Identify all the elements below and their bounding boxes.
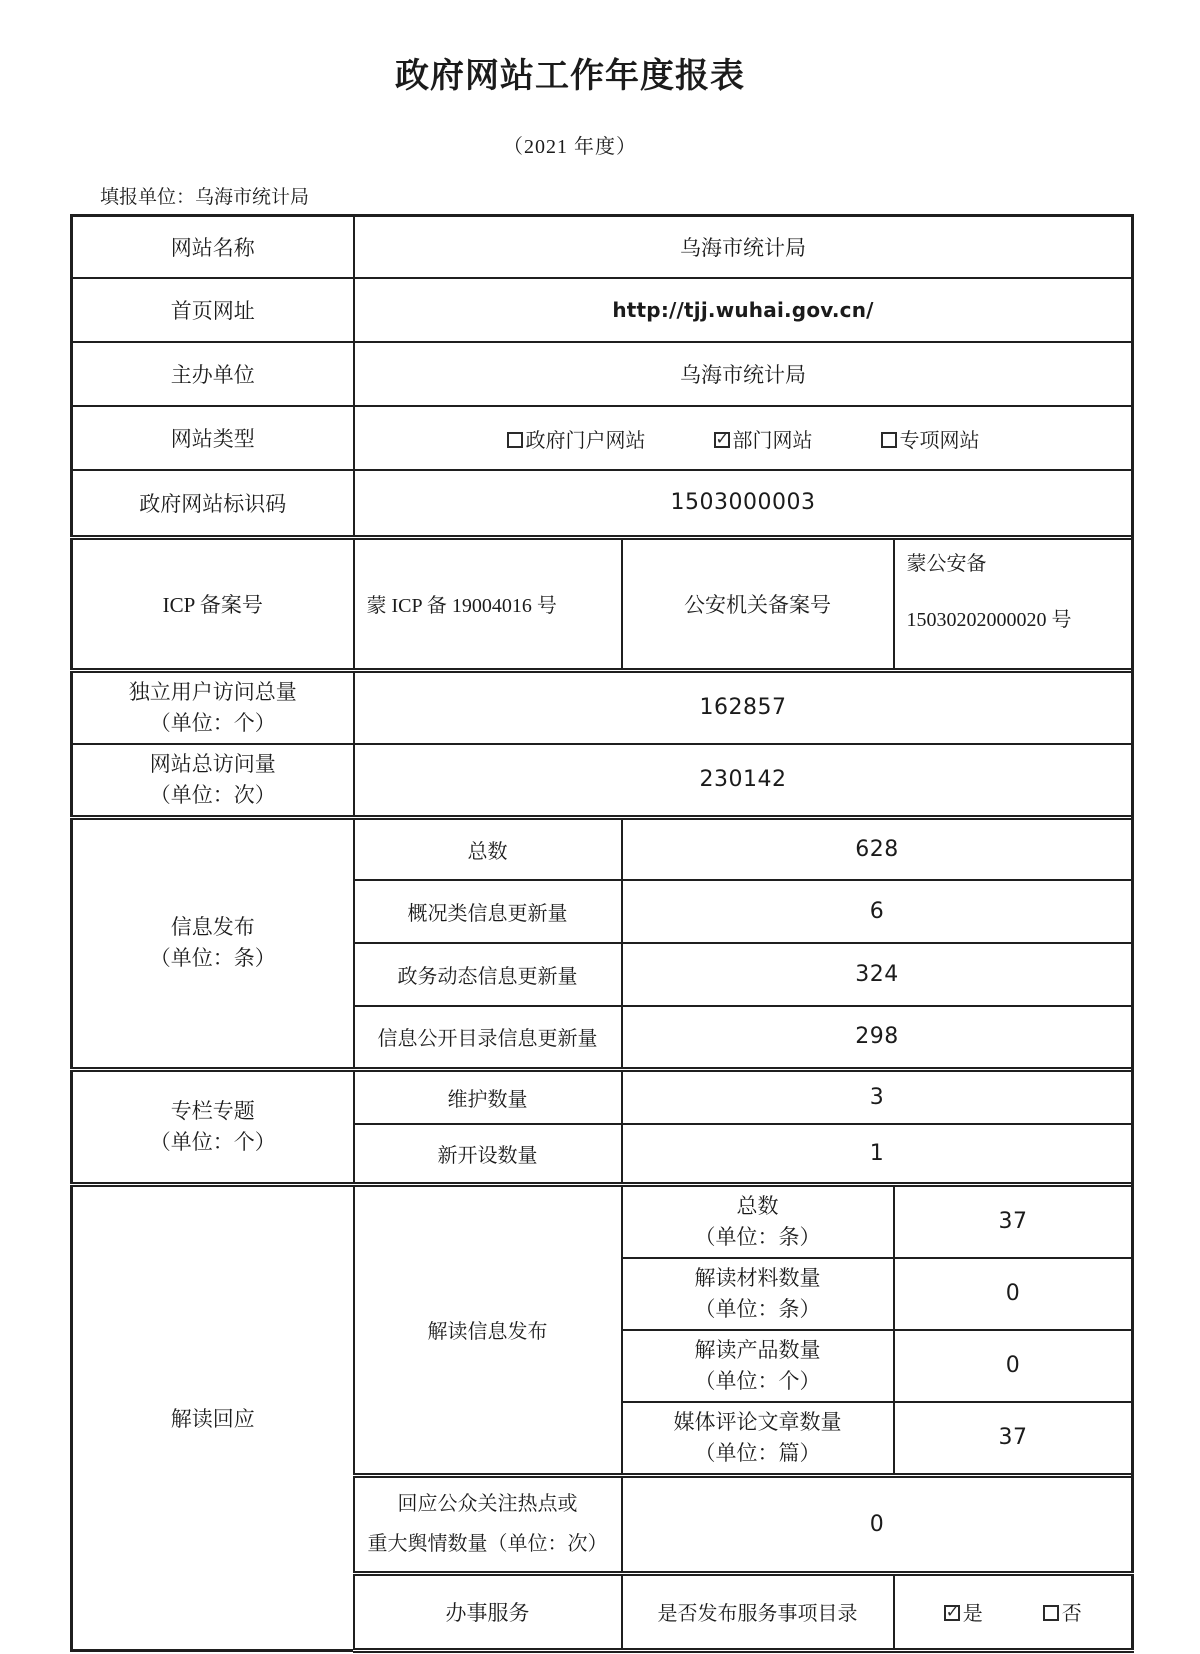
row-special-columns-maintained: 专栏专题 （单位：个） 维护数量 3 (72, 1069, 1133, 1124)
page-title: 政府网站工作年度报表 (70, 56, 1070, 99)
police-record-line2: 15030202000020 号 (907, 608, 1128, 632)
reporting-unit: 填报单位：乌海市统计局 (100, 182, 1200, 209)
hotspot-response-label: 回应公众关注热点或 重大舆情数量（单位：次） (354, 1475, 622, 1573)
info-publish-row-label: 总数 (354, 817, 622, 880)
service-options: 是否 (894, 1573, 1133, 1650)
option-portal-site: 政府门户网站 (507, 424, 646, 453)
special-columns-row-value: 3 (622, 1069, 1133, 1124)
site-code-value: 1503000003 (354, 470, 1133, 537)
row-site-code: 政府网站标识码 1503000003 (72, 470, 1133, 537)
row-unique-visitors: 独立用户访问总量 （单位：个） 162857 (72, 670, 1133, 744)
option-special-site: 专项网站 (881, 424, 980, 453)
special-columns-row-label: 维护数量 (354, 1069, 622, 1124)
interpretation-row-value: 0 (894, 1258, 1133, 1330)
unique-visitors-value: 162857 (354, 670, 1133, 744)
row-total-visits: 网站总访问量 （单位：次） 230142 (72, 744, 1133, 818)
homepage-url-label: 首页网址 (72, 278, 354, 342)
police-record-label: 公安机关备案号 (622, 537, 894, 670)
checkbox-unchecked-icon (1043, 1605, 1059, 1621)
info-publish-row-value: 628 (622, 817, 1133, 880)
checkbox-unchecked-icon (881, 432, 897, 448)
site-type-label: 网站类型 (72, 406, 354, 470)
option-yes: 是 (944, 1597, 983, 1626)
info-publish-row-label: 信息公开目录信息更新量 (354, 1006, 622, 1069)
row-organizer: 主办单位 乌海市统计局 (72, 342, 1133, 406)
row-icp: ICP 备案号 蒙 ICP 备 19004016 号 公安机关备案号 蒙公安备 … (72, 537, 1133, 670)
homepage-url-value: http://tjj.wuhai.gov.cn/ (354, 278, 1133, 342)
checkbox-unchecked-icon (507, 432, 523, 448)
special-columns-section-label: 专栏专题 （单位：个） (72, 1069, 354, 1184)
interpretation-row-value: 37 (894, 1402, 1133, 1476)
interpretation-row-label: 解读材料数量 （单位：条） (622, 1258, 894, 1330)
unique-visitors-label: 独立用户访问总量 （单位：个） (72, 670, 354, 744)
checkbox-checked-icon (944, 1605, 960, 1621)
total-visits-value: 230142 (354, 744, 1133, 818)
total-visits-label: 网站总访问量 （单位：次） (72, 744, 354, 818)
police-record-line1: 蒙公安备 (907, 552, 1128, 576)
row-interpretation-total: 解读回应 解读信息发布 总数 （单位：条） 37 (72, 1184, 1133, 1258)
site-code-label: 政府网站标识码 (72, 470, 354, 537)
site-name-label: 网站名称 (72, 215, 354, 278)
row-homepage-url: 首页网址 http://tjj.wuhai.gov.cn/ (72, 278, 1133, 342)
report-header: 政府网站工作年度报表 （2021 年度） (70, 0, 1070, 159)
special-columns-row-label: 新开设数量 (354, 1124, 622, 1184)
icp-label: ICP 备案号 (72, 537, 354, 670)
info-publish-row-value: 324 (622, 943, 1133, 1006)
interpretation-row-value: 37 (894, 1184, 1133, 1258)
row-site-name: 网站名称 乌海市统计局 (72, 215, 1133, 278)
special-columns-row-value: 1 (622, 1124, 1133, 1184)
service-question-label: 是否发布服务事项目录 (622, 1573, 894, 1650)
info-publish-row-label: 概况类信息更新量 (354, 880, 622, 943)
site-name-value: 乌海市统计局 (354, 215, 1133, 278)
interpretation-row-label: 解读产品数量 （单位：个） (622, 1330, 894, 1402)
service-section-label: 办事服务 (354, 1573, 622, 1650)
hotspot-response-value: 0 (622, 1475, 1133, 1573)
interpretation-section-label: 解读回应 (72, 1184, 354, 1650)
organizer-value: 乌海市统计局 (354, 342, 1133, 406)
interpretation-publish-label: 解读信息发布 (354, 1184, 622, 1475)
info-publish-row-value: 6 (622, 880, 1133, 943)
info-publish-row-label: 政务动态信息更新量 (354, 943, 622, 1006)
annual-report-table: 网站名称 乌海市统计局 首页网址 http://tjj.wuhai.gov.cn… (70, 214, 1134, 1653)
organizer-label: 主办单位 (72, 342, 354, 406)
police-record-value: 蒙公安备 15030202000020 号 (894, 537, 1133, 670)
interpretation-row-label: 总数 （单位：条） (622, 1184, 894, 1258)
info-publish-section-label: 信息发布 （单位：条） (72, 817, 354, 1069)
icp-value: 蒙 ICP 备 19004016 号 (354, 537, 622, 670)
option-department-site: 部门网站 (714, 424, 813, 453)
interpretation-row-value: 0 (894, 1330, 1133, 1402)
option-no: 否 (1043, 1597, 1082, 1626)
row-info-publish-total: 信息发布 （单位：条） 总数 628 (72, 817, 1133, 880)
interpretation-row-label: 媒体评论文章数量 （单位：篇） (622, 1402, 894, 1476)
site-type-options: 政府门户网站部门网站专项网站 (354, 406, 1133, 470)
report-year: （2021 年度） (70, 130, 1070, 159)
row-site-type: 网站类型 政府门户网站部门网站专项网站 (72, 406, 1133, 470)
checkbox-checked-icon (714, 432, 730, 448)
info-publish-row-value: 298 (622, 1006, 1133, 1069)
